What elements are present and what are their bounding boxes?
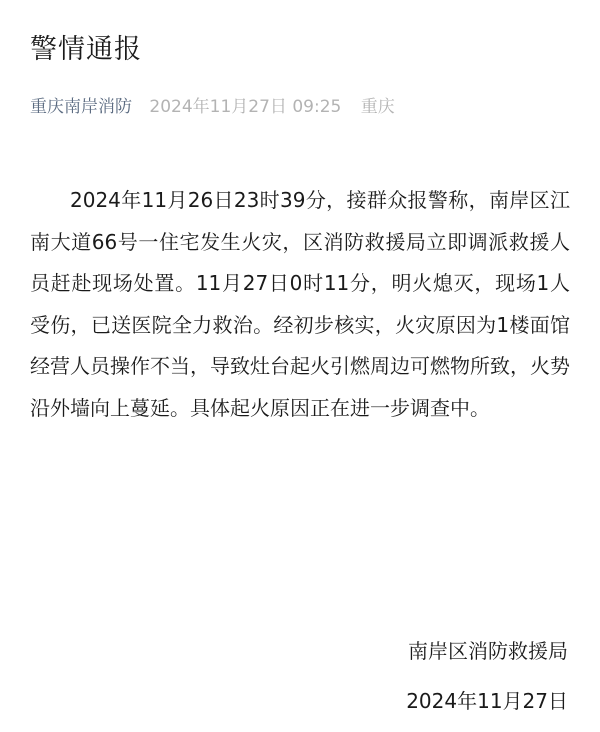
publish-time: 2024年11月27日 09:25: [149, 97, 341, 117]
author-link[interactable]: 重庆南岸消防: [30, 97, 132, 117]
article-body: 2024年11月26日23时39分，接群众报警称，南岸区江南大道66号一住宅发生…: [30, 180, 570, 429]
signature-date: 2024年11月27日: [406, 686, 568, 716]
article-title: 警情通报: [30, 30, 142, 70]
article-meta: 重庆南岸消防 2024年11月27日 09:25 重庆: [30, 93, 395, 121]
publish-location: 重庆: [361, 97, 395, 117]
signature-organization: 南岸区消防救援局: [408, 636, 568, 666]
